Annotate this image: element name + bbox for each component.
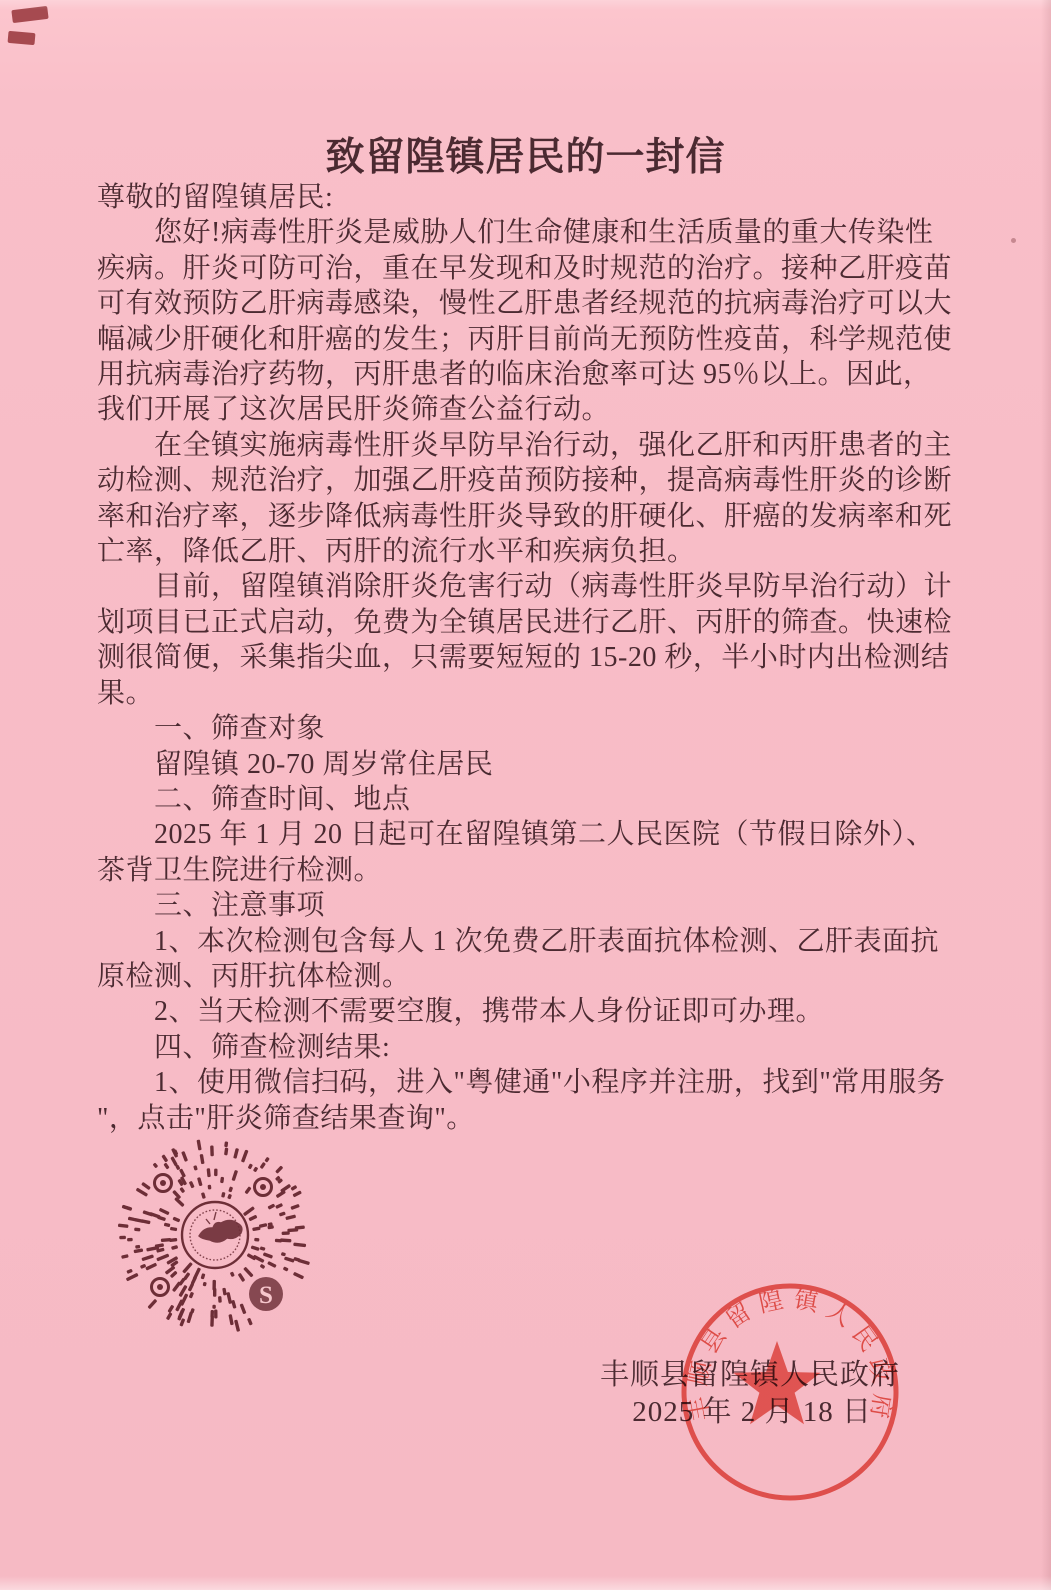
letter-line: 在全镇实施病毒性肝炎早防早治行动，强化乙肝和丙肝患者的主 <box>97 428 957 463</box>
letter-line: 目前，留隍镇消除肝炎危害行动（病毒性肝炎早防早治行动）计 <box>97 569 957 604</box>
letter-line: 三、注意事项 <box>97 888 957 923</box>
letter-line: 我们开展了这次居民肝炎筛查公益行动。 <box>97 392 957 427</box>
letter-line: 1、本次检测包含每人 1 次免费乙肝表面抗体检测、乙肝表面抗 <box>97 924 957 959</box>
letter-body: 尊敬的留隍镇居民:您好!病毒性肝炎是威胁人们生命健康和生活质量的重大传染性疾病。… <box>97 180 957 1136</box>
letter-line: 幅减少肝硬化和肝癌的发生；丙肝目前尚无预防性疫苗，科学规范使 <box>97 322 957 357</box>
qr-ring-target <box>152 1279 169 1296</box>
corner-ink-mark <box>8 31 36 45</box>
letter-line: 一、筛查对象 <box>97 711 957 746</box>
letter-line: 测很简便，采集指尖血，只需要短短的 15-20 秒，半小时内出检测结 <box>97 640 957 675</box>
qr-ring-target <box>255 1179 272 1196</box>
letter-line: 您好!病毒性肝炎是威胁人们生命健康和生活质量的重大传染性 <box>97 215 957 250</box>
paper-edge-highlight <box>0 0 1051 10</box>
paper-edge-shadow <box>1041 0 1051 1590</box>
qr-code: S <box>105 1128 325 1348</box>
letter-line: 划项目已正式启动，免费为全镇居民进行乙肝、丙肝的筛查。快速检 <box>97 605 957 640</box>
letter-line: 亡率，降低乙肝、丙肝的流行水平和疾病负担。 <box>97 534 957 569</box>
letter-page: 致留隍镇居民的一封信 尊敬的留隍镇居民:您好!病毒性肝炎是威胁人们生命健康和生活… <box>0 0 1051 1590</box>
paper-speck <box>1011 238 1016 243</box>
letter-line: 果。 <box>97 676 957 711</box>
letter-title: 致留隍镇居民的一封信 <box>0 126 1051 182</box>
letter-line: 茶背卫生院进行检测。 <box>97 853 957 888</box>
official-stamp: 丰顺县留隍镇人民政府 <box>670 1272 910 1512</box>
letter-line: 留隍镇 20-70 周岁常住居民 <box>97 747 957 782</box>
letter-line: 用抗病毒治疗药物，丙肝患者的临床治愈率可达 95％以上。因此， <box>97 357 957 392</box>
letter-line: 原检测、丙肝抗体检测。 <box>97 959 957 994</box>
qr-center-emblem <box>182 1202 248 1268</box>
letter-line: 2025 年 1 月 20 日起可在留隍镇第二人民医院（节假日除外）、 <box>97 817 957 852</box>
svg-text:S: S <box>259 1282 273 1309</box>
qr-s-logo-icon: S <box>249 1277 283 1311</box>
letter-line: 尊敬的留隍镇居民: <box>97 180 957 215</box>
qr-ring-target <box>155 1175 172 1192</box>
stamp-star-icon <box>733 1341 820 1424</box>
letter-line: 可有效预防乙肝病毒感染，慢性乙肝患者经规范的抗病毒治疗可以大 <box>97 286 957 321</box>
letter-line: 二、筛查时间、地点 <box>97 782 957 817</box>
letter-line: 疾病。肝炎可防可治，重在早发现和及时规范的治疗。接种乙肝疫苗 <box>97 251 957 286</box>
letter-line: 率和治疗率，逐步降低病毒性肝炎导致的肝硬化、肝癌的发病率和死 <box>97 499 957 534</box>
paper-edge-highlight <box>0 1576 1051 1590</box>
letter-line: 四、筛查检测结果: <box>97 1030 957 1065</box>
letter-line: 1、使用微信扫码，进入"粤健通"小程序并注册，找到"常用服务 <box>97 1065 957 1100</box>
letter-line: 2、当天检测不需要空腹，携带本人身份证即可办理。 <box>97 994 957 1029</box>
emblem-figure <box>199 1212 242 1242</box>
letter-line: 动检测、规范治疗，加强乙肝疫苗预防接种，提高病毒性肝炎的诊断 <box>97 463 957 498</box>
